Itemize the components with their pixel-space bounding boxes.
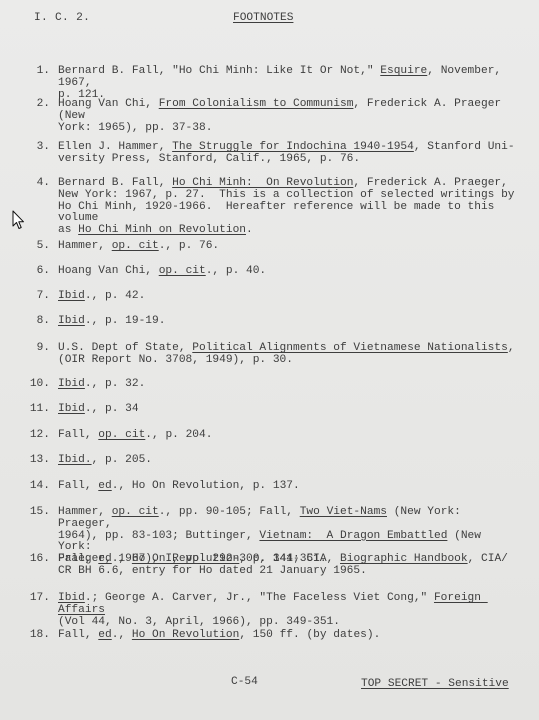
citation-title: Ibid (58, 290, 85, 302)
citation-title: ed (98, 480, 111, 492)
page-number: C-54 (231, 676, 258, 688)
footnote-line: (Vol 44, No. 3, April, 1966), pp. 349-35… (58, 617, 518, 629)
citation-title: ed (98, 629, 111, 641)
citation-title: op. cit (159, 265, 206, 277)
footnote-line: as Ho Chi Minh on Revolution. (58, 225, 518, 237)
citation-title: op. cit (98, 429, 145, 441)
citation-text: Hammer, (58, 506, 112, 518)
citation-title: Political Alignments of Vietnamese Natio… (192, 342, 508, 354)
citation-text: ., p. 19-19. (85, 315, 166, 327)
citation-text: ., p. 34 (85, 403, 139, 415)
citation-text: as (58, 224, 78, 236)
footnote-text: Bernard B. Fall, "Ho Chi Minh: Like It O… (58, 66, 518, 101)
citation-text: Fall, (58, 553, 98, 565)
citation-title: Ibid (58, 378, 85, 390)
citation-title: Ho Chi Minh: On Revolution (172, 177, 353, 189)
footnote-line: Hoang Van Chi, From Colonialism to Commu… (58, 99, 518, 123)
citation-text: New York: 1967, p. 27. This is a collect… (58, 189, 515, 201)
footnote-number: 18. (0, 630, 50, 642)
footnote-number: 5. (0, 241, 50, 253)
citation-text: . (246, 224, 253, 236)
footnote-line: versity Press, Stanford, Calif., 1965, p… (58, 154, 518, 166)
footnote-line: CR BH 6.6, entry for Ho dated 21 January… (58, 566, 518, 578)
citation-text: , (508, 342, 515, 354)
footnote-text: Hoang Van Chi, op. cit., p. 40. (58, 266, 518, 278)
citation-text: .; George A. Carver, Jr., "The Faceless … (85, 592, 434, 604)
citation-text: Hoang Van Chi, (58, 265, 159, 277)
classification-marking: TOP SECRET - Sensitive (361, 678, 509, 690)
footnote-number: 11. (0, 404, 50, 416)
footnote-number: 2. (0, 99, 50, 111)
citation-text: ., p. 40. (206, 265, 266, 277)
citation-title: Ho On Revolution (132, 553, 239, 565)
citation-title: Two Viet-Nams (300, 506, 387, 518)
citation-title: Ibid (58, 592, 85, 604)
page-title: FOOTNOTES (233, 12, 293, 24)
citation-text: (Vol 44, No. 3, April, 1966), pp. 349-35… (58, 616, 340, 628)
citation-title: op. cit (112, 240, 159, 252)
footnote-number: 7. (0, 291, 50, 303)
citation-title: Ibid (58, 315, 85, 327)
citation-text: ., pp. 90-105; Fall, (159, 506, 300, 518)
citation-text: ., p. 42. (85, 290, 145, 302)
citation-text: (OIR Report No. 3708, 1949), p. 30. (58, 354, 293, 366)
citation-title: ed (98, 553, 111, 565)
mouse-pointer-icon (12, 210, 24, 230)
footnote-text: Ibid., p. 42. (58, 291, 518, 303)
footnote-line: Fall, ed., Ho On Revolution, 150 ff. (by… (58, 630, 518, 642)
footnote-line: Ibid., p. 19-19. (58, 316, 518, 328)
footnote-text: Ellen J. Hammer, The Struggle for Indoch… (58, 142, 518, 166)
footnote-line: (OIR Report No. 3708, 1949), p. 30. (58, 355, 518, 367)
citation-title: From Colonialism to Communism (159, 98, 354, 110)
citation-text: ., (112, 629, 132, 641)
citation-text: ., p. 204. (145, 429, 212, 441)
footnote-line: Hammer, op. cit., p. 76. (58, 241, 518, 253)
footnote-text: Ibid., p. 34 (58, 404, 518, 416)
citation-text: , CIA/ (468, 553, 508, 565)
footnote-number: 12. (0, 430, 50, 442)
footnote-text: Ibid., p. 205. (58, 455, 518, 467)
footnote-number: 10. (0, 379, 50, 391)
citation-text: Bernard B. Fall, "Ho Chi Minh: Like It O… (58, 65, 380, 77)
footnote-text: Ibid., p. 32. (58, 379, 518, 391)
footnote-line: 1964), pp. 83-103; Buttinger, Vietnam: A… (58, 531, 518, 555)
footnote-line: Ho Chi Minh, 1920-1966. Hereafter refere… (58, 202, 518, 226)
citation-text: Hammer, (58, 240, 112, 252)
footnote-line: York: 1965), pp. 37-38. (58, 123, 518, 135)
citation-text: U.S. Dept of State, (58, 342, 192, 354)
footnote-text: Hoang Van Chi, From Colonialism to Commu… (58, 99, 518, 134)
footnote-number: 6. (0, 266, 50, 278)
citation-text: , Frederick A. Praeger, (353, 177, 507, 189)
citation-title: Ho On Revolution (132, 629, 239, 641)
citation-text: Fall, (58, 629, 98, 641)
footnote-number: 8. (0, 316, 50, 328)
footnote-number: 1. (0, 66, 50, 78)
footnote-text: Hammer, op. cit., p. 76. (58, 241, 518, 253)
footnote-line: Bernard B. Fall, "Ho Chi Minh: Like It O… (58, 66, 518, 90)
citation-text: Bernard B. Fall, (58, 177, 172, 189)
footnote-number: 15. (0, 507, 50, 519)
footnote-number: 17. (0, 593, 50, 605)
citation-text: Fall, (58, 429, 98, 441)
footnote-text: U.S. Dept of State, Political Alignments… (58, 343, 518, 367)
citation-title: Vietnam: A Dragon Embattled (259, 530, 447, 542)
citation-text: ., p. 76. (159, 240, 219, 252)
citation-title: Esquire (380, 65, 427, 77)
footnote-number: 9. (0, 343, 50, 355)
citation-text: Fall, (58, 480, 98, 492)
citation-text: Hoang Van Chi, (58, 98, 159, 110)
citation-text: , p. 205. (92, 454, 152, 466)
citation-text: CR BH 6.6, entry for Ho dated 21 January… (58, 565, 367, 577)
citation-text: versity Press, Stanford, Calif., 1965, p… (58, 153, 360, 165)
footnote-line: Ibid., p. 34 (58, 404, 518, 416)
citation-text: , p. 141; CIA, (239, 553, 340, 565)
citation-title: Biographic Handbook (340, 553, 468, 565)
footnote-text: Bernard B. Fall, Ho Chi Minh: On Revolut… (58, 178, 518, 237)
footnote-number: 3. (0, 142, 50, 154)
citation-text: , Stanford Uni- (414, 141, 515, 153)
footnote-text: Ibid.; George A. Carver, Jr., "The Facel… (58, 593, 518, 628)
citation-title: The Struggle for Indochina 1940-1954 (172, 141, 414, 153)
footnote-text: Fall, ed., Ho On Revolution, p. 137. (58, 481, 518, 493)
citation-text: ., Ho On Revolution, p. 137. (112, 480, 300, 492)
citation-title: op. cit (112, 506, 159, 518)
footnote-line: Ibid.; George A. Carver, Jr., "The Facel… (58, 593, 518, 617)
footnote-line: Fall, ed., Ho On Revolution, p. 137. (58, 481, 518, 493)
citation-text: , 150 ff. (by dates). (239, 629, 380, 641)
footnote-text: Fall, ed., Ho On Revolution, 150 ff. (by… (58, 630, 518, 642)
footnote-number: 16. (0, 554, 50, 566)
citation-text: York: 1965), pp. 37-38. (58, 122, 212, 134)
footnote-text: Fall, op. cit., p. 204. (58, 430, 518, 442)
footnote-number: 13. (0, 455, 50, 467)
citation-title: Ho Chi Minh on Revolution (78, 224, 246, 236)
citation-text: ., (112, 553, 132, 565)
footnote-line: Hammer, op. cit., pp. 90-105; Fall, Two … (58, 507, 518, 531)
citation-text: Ho Chi Minh, 1920-1966. Hereafter refere… (58, 201, 501, 225)
footnote-line: Hoang Van Chi, op. cit., p. 40. (58, 266, 518, 278)
footnote-number: 14. (0, 481, 50, 493)
footnote-line: Ibid., p. 205. (58, 455, 518, 467)
footnote-line: Ibid., p. 42. (58, 291, 518, 303)
section-number: I. C. 2. (34, 12, 90, 24)
footnote-text: Fall, ed., Ho On Revolution, p. 141; CIA… (58, 554, 518, 578)
document-page: I. C. 2. FOOTNOTES 1.Bernard B. Fall, "H… (0, 0, 539, 720)
citation-text: Ellen J. Hammer, (58, 141, 172, 153)
footnote-text: Ibid., p. 19-19. (58, 316, 518, 328)
citation-text: ., p. 32. (85, 378, 145, 390)
citation-title: Ibid (58, 403, 85, 415)
footnote-line: Fall, op. cit., p. 204. (58, 430, 518, 442)
citation-text: 1964), pp. 83-103; Buttinger, (58, 530, 259, 542)
footnote-number: 4. (0, 178, 50, 190)
citation-title: Ibid. (58, 454, 92, 466)
footnote-line: Ibid., p. 32. (58, 379, 518, 391)
